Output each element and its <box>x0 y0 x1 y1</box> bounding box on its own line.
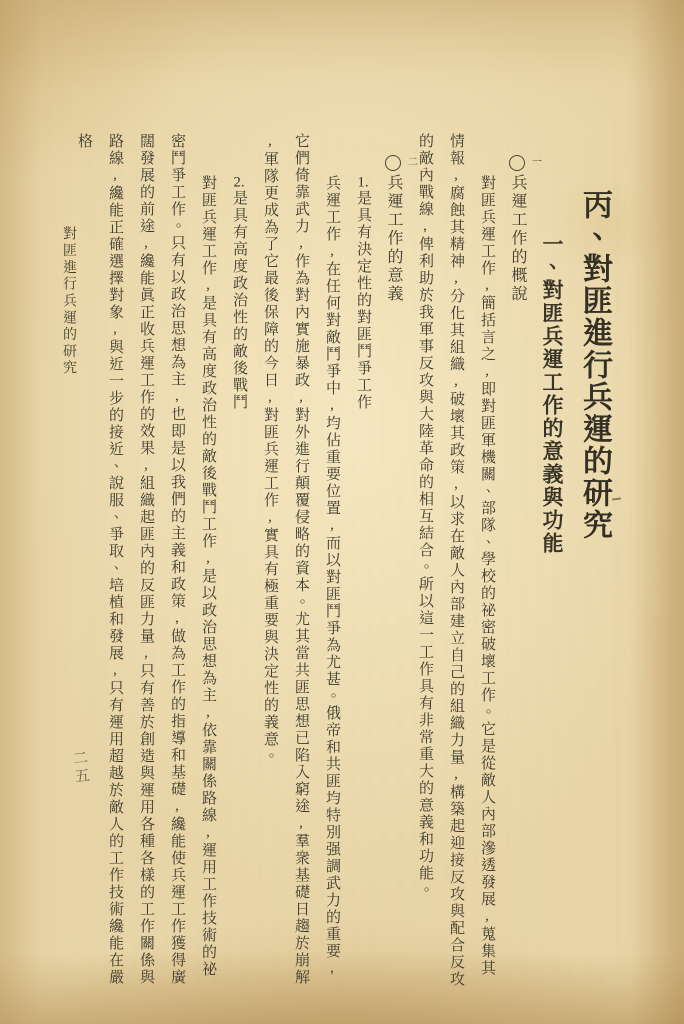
circled-two-marker: 二 <box>385 155 401 171</box>
paragraph-point-1: 兵運工作,在任何對敵鬥爭中,均佔重要位置,而以對匪鬥爭為尤甚。俄帝和共匪均特別强… <box>254 133 347 991</box>
section-heading: 一、對匪兵運工作的意義與功能 <box>533 133 570 991</box>
point-1-heading: 1.是具有決定性的對匪鬥爭工作 <box>347 133 378 991</box>
running-title: 對匪進行兵運的研究 <box>58 226 78 377</box>
page-number: 二五 <box>68 749 93 787</box>
circled-one-marker: 一 <box>509 155 525 171</box>
point-1-number: 1. <box>355 175 371 190</box>
chapter-title: 丙、對匪進行兵運的研究 <box>570 133 618 991</box>
paragraph-point-2: 對匪兵運工作,是具有高度政治性的敵後戰鬥工作,是以政治思想為主,依靠關係路線,運… <box>68 133 223 991</box>
subsection-heading-overview: 一兵運工作的概說 <box>502 133 533 991</box>
subsection-heading-significance: 二兵運工作的意義 <box>378 133 409 991</box>
point-2-heading: 2.是具有高度政治性的敵後戰鬥 <box>223 133 254 991</box>
point-1-label: 是具有決定性的對匪鬥爭工作 <box>355 190 371 411</box>
subsection-heading-label: 兵運工作的意義 <box>385 174 402 304</box>
text-block: 丙、對匪進行兵運的研究 一、對匪兵運工作的意義與功能 一兵運工作的概說 對匪兵運… <box>68 133 618 991</box>
paragraph-overview: 對匪兵運工作,簡括言之,即對匪軍機關、部隊、學校的祕密破壞工作。它是從敵人內部滲… <box>409 133 502 991</box>
ink-speck <box>419 586 427 588</box>
subsection-heading-label: 兵運工作的概說 <box>509 174 526 304</box>
scanned-page: 丙、對匪進行兵運的研究 一、對匪兵運工作的意義與功能 一兵運工作的概說 對匪兵運… <box>0 0 684 1024</box>
point-2-label: 是具有高度政治性的敵後戰鬥 <box>231 190 247 411</box>
point-2-number: 2. <box>231 175 247 190</box>
